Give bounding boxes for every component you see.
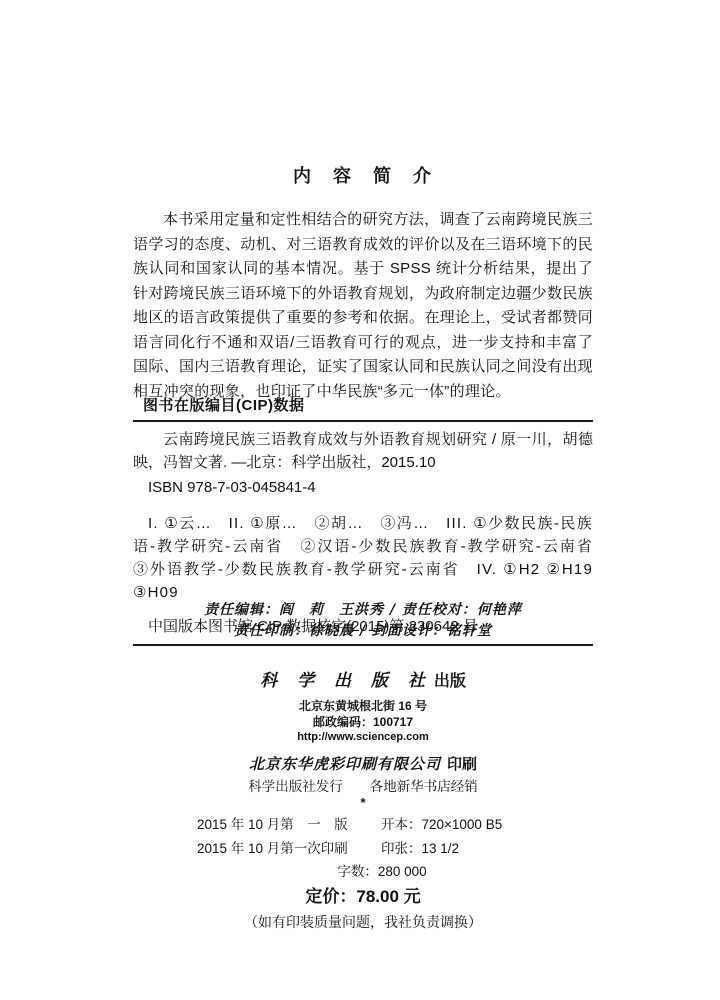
isbn-number: ISBN 978-7-03-045841-4 <box>133 477 593 499</box>
cip-classification: I. ①云… II. ①原… ②胡… ③冯… III. ①少数民族-民族语-教学… <box>133 512 593 604</box>
printer-name: 北京东华虎彩印刷有限公司 <box>249 755 441 773</box>
cip-top-divider <box>133 420 593 422</box>
publisher-postcode: 邮政编码：100717 <box>133 714 593 730</box>
copyright-page: 内 容 简 介 本书采用定量和定性相结合的研究方法，调查了云南跨境民族三语学习的… <box>0 0 720 1000</box>
printing-date: 2015 年 10 月第一次印刷 <box>197 837 372 861</box>
quality-note: （如有印装质量问题，我社负责调换） <box>133 912 593 932</box>
cip-entry: 云南跨境民族三语教育成效与外语教育规划研究 / 原一川，胡德映，冯智文著. —北… <box>133 429 593 474</box>
price: 定价：78.00 元 <box>133 885 593 909</box>
edition-date: 2015 年 10 月第 一 版 <box>197 813 372 837</box>
publish-label: 出版 <box>434 673 466 690</box>
distribution-line: 科学出版社发行 各地新华书店经销 <box>133 778 593 796</box>
publisher-logo-line: 科 学 出 版 社出版 <box>133 666 593 691</box>
printer-label: 印刷 <box>447 756 477 773</box>
intro-paragraph: 本书采用定量和定性相结合的研究方法，调查了云南跨境民族三语学习的态度、动机、对三… <box>133 208 593 404</box>
publisher-website: http://www.sciencep.com <box>133 730 593 745</box>
credit-print-design: 责任印制：徐晓晨 / 封面设计：铭轩堂 <box>133 621 593 642</box>
intro-title: 内 容 简 介 <box>133 162 593 188</box>
credits-section: 责任编辑：阎 莉 王洪秀 / 责任校对：何艳萍 责任印制：徐晓晨 / 封面设计：… <box>133 600 593 642</box>
edition-row-1: 2015 年 10 月第 一 版 开本：720×1000 B5 <box>197 813 529 837</box>
sheet-count: 印张：13 1/2 <box>381 837 529 861</box>
publisher-section: 科 学 出 版 社出版 北京东黄城根北街 16 号 邮政编码：100717 ht… <box>133 666 593 932</box>
cip-bottom-divider <box>133 644 593 646</box>
publisher-address: 北京东黄城根北街 16 号 <box>133 698 593 714</box>
edition-row-2: 2015 年 10 月第一次印刷 印张：13 1/2 <box>197 837 529 861</box>
edition-info: 2015 年 10 月第 一 版 开本：720×1000 B5 2015 年 1… <box>197 813 529 883</box>
word-count: 字数：280 000 <box>235 861 529 883</box>
credit-editors: 责任编辑：阎 莉 王洪秀 / 责任校对：何艳萍 <box>133 600 593 621</box>
printer-line: 北京东华虎彩印刷有限公司印刷 <box>133 753 593 774</box>
intro-section: 内 容 简 介 本书采用定量和定性相结合的研究方法，调查了云南跨境民族三语学习的… <box>133 162 593 404</box>
format-spec: 开本：720×1000 B5 <box>381 813 529 837</box>
cip-header: 图书在版编目(CIP)数据 <box>143 394 593 415</box>
publisher-name: 科 学 出 版 社 <box>260 671 432 691</box>
divider-asterisk: * <box>133 796 593 810</box>
